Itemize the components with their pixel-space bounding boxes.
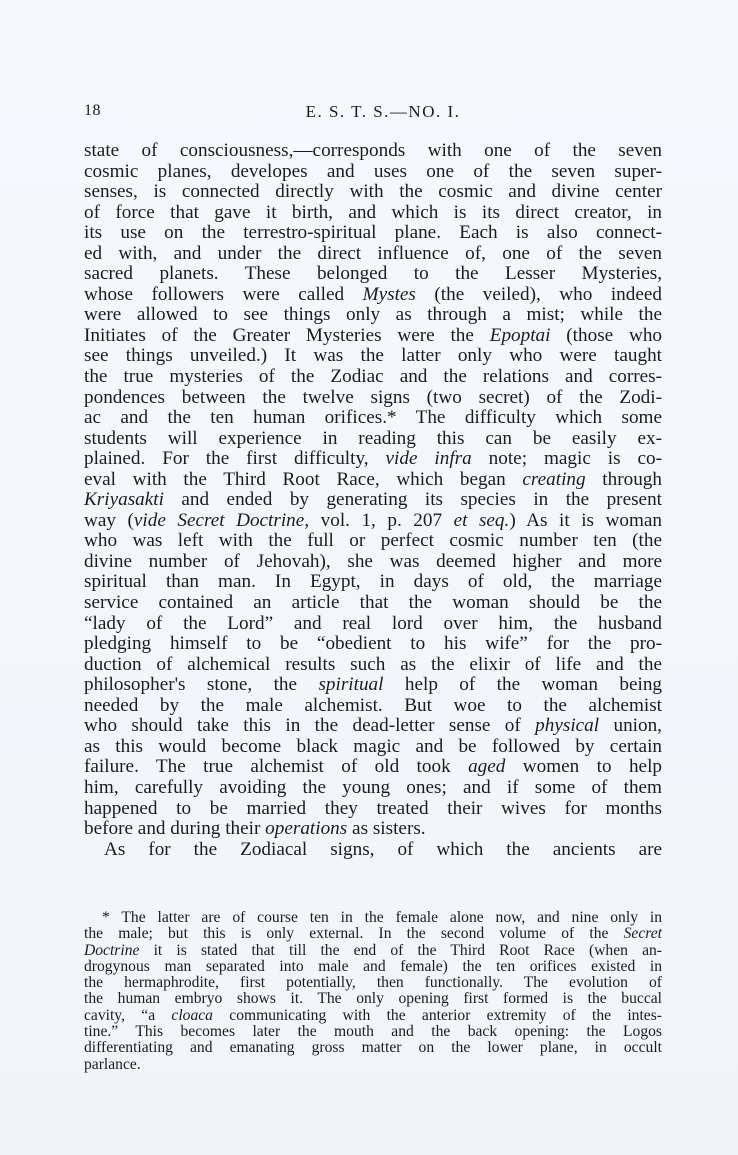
footnote-line: the human embryo shows it. The only open… (84, 991, 662, 1007)
text-run: pondences between the twelve signs (two … (84, 387, 662, 408)
footnote-line: cavity, “a cloaca communicating with the… (84, 1008, 662, 1024)
text-run: way ( (84, 510, 134, 531)
text-run: the hermaphrodite, first potentially, th… (84, 974, 662, 991)
body-line: spiritual than man. In Egypt, in days of… (84, 572, 662, 593)
text-run: duction of alchemical results such as th… (84, 654, 662, 675)
body-line: whose followers were called Mystes (the … (84, 285, 662, 306)
body-line: way (vide Secret Doctrine, vol. 1, p. 20… (84, 511, 662, 532)
running-head: 18 E. S. T. S.—NO. I. (84, 102, 662, 126)
running-head-title: E. S. T. S.—NO. I. (84, 102, 662, 122)
text-run: see things unveiled.) It was the latter … (84, 345, 662, 366)
text-run: it is stated that till the end of the Th… (139, 942, 662, 959)
text-run: the human embryo shows it. The only open… (84, 990, 662, 1007)
body-line: senses, is connected directly with the c… (84, 182, 662, 203)
text-run: communicating with the anterior extremit… (213, 1007, 662, 1024)
text-run: divine number of Jehovah), she was deeme… (84, 551, 662, 572)
text-run: the male; but this is only external. In … (84, 925, 624, 942)
text-run: sacred planets. These belonged to the Le… (84, 263, 662, 284)
italic-text: aged (468, 756, 505, 777)
footnote-line: drogynous man separated into male and fe… (84, 959, 662, 975)
text-run: failure. The true alchemist of old took (84, 756, 468, 777)
body-line: state of consciousness,—corresponds with… (84, 141, 662, 162)
footnote-line: differentiating and emanating gross matt… (84, 1040, 662, 1056)
text-run: As for the Zodiacal signs, of which the … (104, 839, 662, 860)
italic-text: Epoptai (490, 325, 551, 346)
italic-text: Mystes (363, 284, 416, 305)
body-text: state of consciousness,—corresponds with… (84, 141, 662, 860)
text-run: before and during their (84, 818, 265, 839)
body-line: cosmic planes, developes and uses one of… (84, 162, 662, 183)
footnote-line: the hermaphrodite, first potentially, th… (84, 975, 662, 991)
italic-text: spiritual (318, 674, 383, 695)
italic-text: Doctrine (84, 942, 139, 959)
body-line: students will experience in reading this… (84, 429, 662, 450)
body-line: before and during their operations as si… (84, 819, 662, 840)
footnote-line: parlance. (84, 1057, 662, 1073)
body-line: happened to be married they treated thei… (84, 799, 662, 820)
italic-text: Secret (624, 925, 662, 942)
body-line: him, carefully avoiding the young ones; … (84, 778, 662, 799)
text-run: who should take this in the dead-letter … (84, 715, 535, 736)
text-run: pledging himself to be “obedient to his … (84, 633, 662, 654)
text-run: happened to be married they treated thei… (84, 798, 662, 819)
text-run: , vol. 1, p. 207 (304, 510, 453, 531)
text-run: senses, is connected directly with the c… (84, 181, 662, 202)
text-run: tine.” This becomes later the mouth and … (84, 1023, 662, 1040)
body-line: pondences between the twelve signs (two … (84, 388, 662, 409)
text-run: note; magic is co- (472, 448, 662, 469)
body-line: eval with the Third Root Race, which beg… (84, 470, 662, 491)
body-line: philosopher's stone, the spiritual help … (84, 675, 662, 696)
italic-text: creating (522, 469, 585, 490)
body-line: ed with, and under the direct influence … (84, 244, 662, 265)
body-line: the true mysteries of the Zodiac and the… (84, 367, 662, 388)
italic-text: et seq. (454, 510, 510, 531)
body-line: divine number of Jehovah), she was deeme… (84, 552, 662, 573)
text-run: and ended by generating its species in t… (164, 489, 662, 510)
text-run: cavity, “a (84, 1007, 171, 1024)
body-line: see things unveiled.) It was the latter … (84, 346, 662, 367)
body-line: of force that gave it birth, and which i… (84, 203, 662, 224)
text-run: whose followers were called (84, 284, 363, 305)
text-run: students will experience in reading this… (84, 428, 662, 449)
text-run: parlance. (84, 1056, 141, 1073)
text-run: its use on the terrestro-spiritual plane… (84, 222, 662, 243)
text-run: ed with, and under the direct influence … (84, 243, 662, 264)
text-run: as sisters. (347, 818, 425, 839)
footnote-line: tine.” This becomes later the mouth and … (84, 1024, 662, 1040)
text-run: were allowed to see things only as throu… (84, 304, 662, 325)
italic-text: physical (535, 715, 599, 736)
text-run: ) As it is woman (509, 510, 662, 531)
text-run: Initiates of the Greater Mysteries were … (84, 325, 490, 346)
body-line: plained. For the first difficulty, vide … (84, 449, 662, 470)
text-run: cosmic planes, developes and uses one of… (84, 161, 662, 182)
footnote-line: the male; but this is only external. In … (84, 926, 662, 942)
body-line: “lady of the Lord” and real lord over hi… (84, 614, 662, 635)
scanned-book-page: 18 E. S. T. S.—NO. I. state of conscious… (0, 0, 738, 1155)
body-line: its use on the terrestro-spiritual plane… (84, 223, 662, 244)
text-run: state of consciousness,—corresponds with… (84, 140, 662, 161)
body-line: as this would become black magic and be … (84, 737, 662, 758)
body-line: service contained an article that the wo… (84, 593, 662, 614)
text-run: (the veiled), who indeed (416, 284, 662, 305)
text-run: spiritual than man. In Egypt, in days of… (84, 571, 662, 592)
footnote-line: * The latter are of course ten in the fe… (84, 910, 662, 926)
body-line: ac and the ten human orifices.* The diff… (84, 408, 662, 429)
body-line: who should take this in the dead-letter … (84, 716, 662, 737)
italic-text: Kriyasakti (84, 489, 164, 510)
text-run: help of the woman being (383, 674, 662, 695)
text-run: of force that gave it birth, and which i… (84, 202, 662, 223)
body-line: duction of alchemical results such as th… (84, 655, 662, 676)
body-line: Initiates of the Greater Mysteries were … (84, 326, 662, 347)
body-line: Kriyasakti and ended by generating its s… (84, 490, 662, 511)
body-line: failure. The true alchemist of old took … (84, 757, 662, 778)
body-line: pledging himself to be “obedient to his … (84, 634, 662, 655)
italic-text: operations (265, 818, 347, 839)
body-line: were allowed to see things only as throu… (84, 305, 662, 326)
body-line: needed by the male alchemist. But woe to… (84, 696, 662, 717)
italic-text: cloaca (171, 1007, 213, 1024)
text-run: as this would become black magic and be … (84, 736, 662, 757)
text-run: eval with the Third Root Race, which beg… (84, 469, 522, 490)
italic-text: vide Secret Doctrine (134, 510, 304, 531)
body-line: sacred planets. These belonged to the Le… (84, 264, 662, 285)
text-run: plained. For the first difficulty, (84, 448, 386, 469)
text-run: union, (599, 715, 662, 736)
text-run: “lady of the Lord” and real lord over hi… (84, 613, 662, 634)
body-line: who was left with the full or perfect co… (84, 531, 662, 552)
footnote-line: Doctrine it is stated that till the end … (84, 943, 662, 959)
text-run: him, carefully avoiding the young ones; … (84, 777, 662, 798)
text-run: who was left with the full or perfect co… (84, 530, 662, 551)
text-run: (those who (550, 325, 662, 346)
italic-text: vide infra (386, 448, 472, 469)
text-run: through (586, 469, 662, 490)
text-run: needed by the male alchemist. But woe to… (84, 695, 662, 716)
text-run: * The latter are of course ten in the fe… (102, 909, 662, 926)
text-run: drogynous man separated into male and fe… (84, 958, 662, 975)
body-line: As for the Zodiacal signs, of which the … (84, 840, 662, 861)
text-run: service contained an article that the wo… (84, 592, 662, 613)
text-run: philosopher's stone, the (84, 674, 318, 695)
footnote: * The latter are of course ten in the fe… (84, 910, 662, 1073)
text-run: women to help (505, 756, 662, 777)
text-run: the true mysteries of the Zodiac and the… (84, 366, 662, 387)
text-run: ac and the ten human orifices.* The diff… (84, 407, 662, 428)
text-run: differentiating and emanating gross matt… (84, 1039, 662, 1056)
